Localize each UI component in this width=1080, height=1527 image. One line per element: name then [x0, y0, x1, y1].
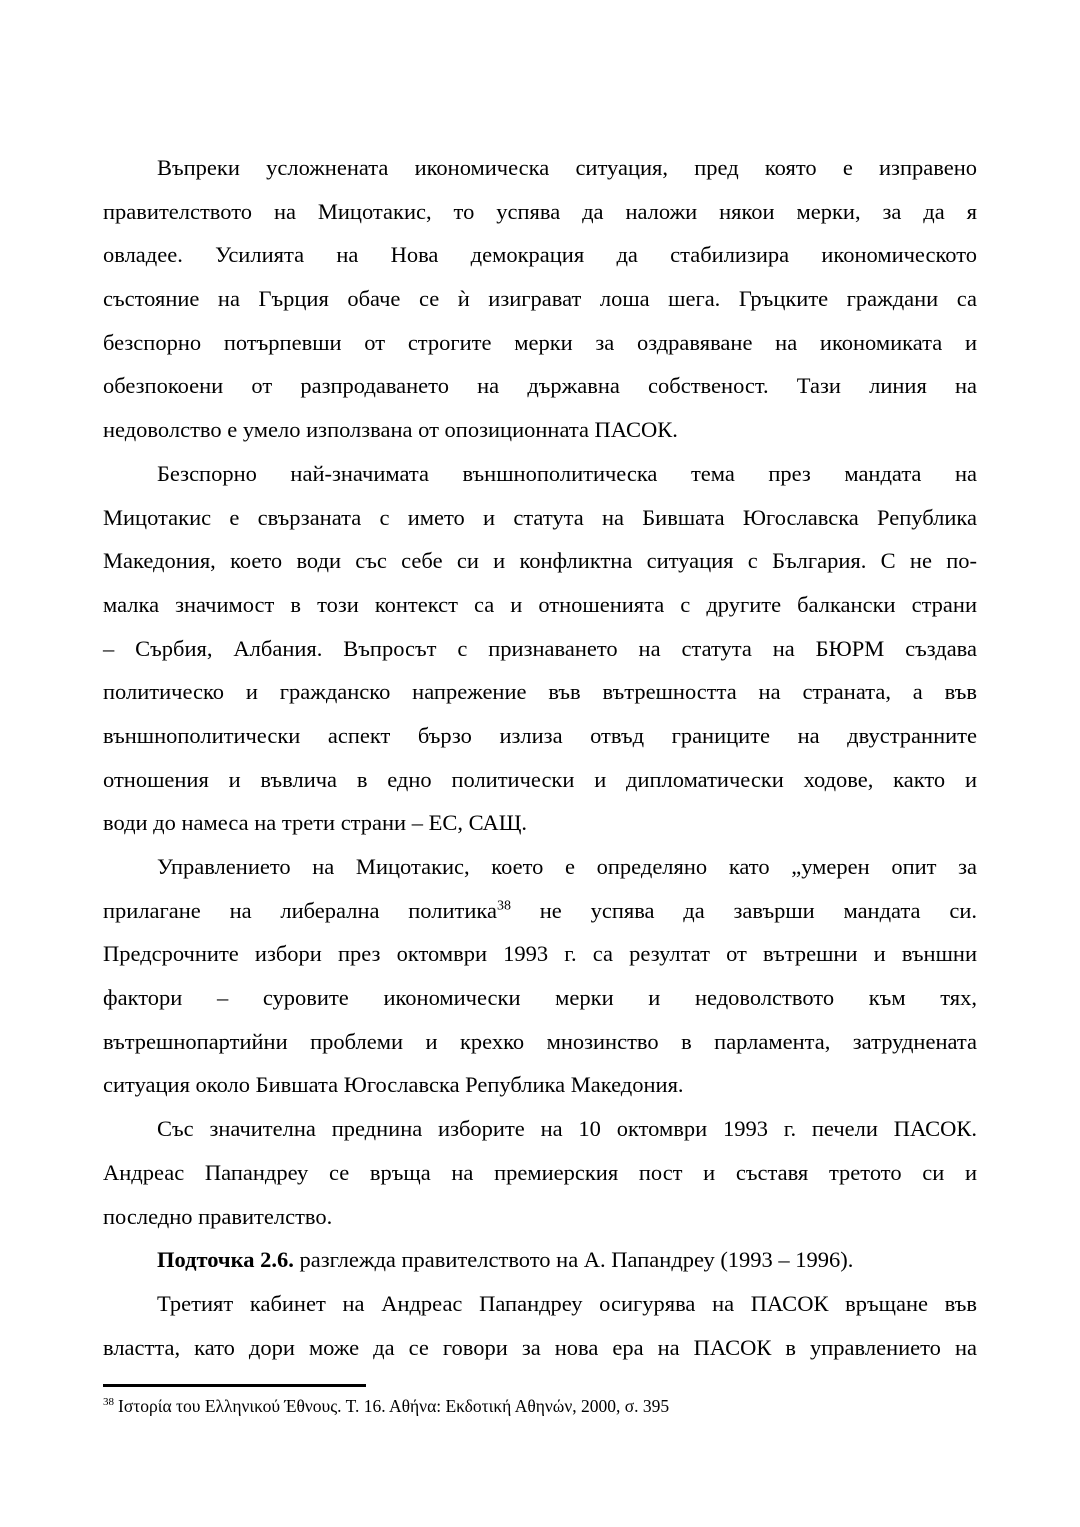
text-line: отношения и въвлича в едно политически и… — [103, 758, 977, 802]
footnote-marker: 38 — [103, 1396, 114, 1408]
text-line: ситуация около Бившата Югославска Републ… — [103, 1063, 977, 1107]
text-run: Мицотакис е свързаната с името и статута… — [103, 505, 977, 530]
text-run: малка значимост в този контекст са и отн… — [103, 592, 977, 617]
text-line: вътрешнопартийни проблеми и крехко мнози… — [103, 1020, 977, 1064]
text-line: Въпреки усложнената икономическа ситуаци… — [103, 146, 977, 190]
paragraph-5: Подточка 2.6. разглежда правителството н… — [103, 1238, 977, 1282]
text-run: външнополитически аспект бързо излиза от… — [103, 723, 977, 748]
text-line: външнополитически аспект бързо излиза от… — [103, 714, 977, 758]
text-line: състояние на Гърция обаче се ѝ изиграват… — [103, 277, 977, 321]
paragraph-1: Въпреки усложнената икономическа ситуаци… — [103, 146, 977, 452]
text-line: Безспорно най-значимата външнополитическ… — [103, 452, 977, 496]
bold-run: Подточка 2.6. — [157, 1247, 294, 1272]
text-run: Въпреки усложнената икономическа ситуаци… — [157, 155, 977, 180]
footnote-area: 38Ιστορία του Ελληνικού Έθνους. Τ. 16. Α… — [103, 1384, 977, 1418]
text-run: Третият кабинет на Андреас Папандреу оси… — [157, 1291, 977, 1316]
text-line: Македония, което води със себе си и конф… — [103, 539, 977, 583]
text-run: разглежда правителството на А. Папандреу… — [294, 1247, 854, 1272]
text-run: вътрешнопартийни проблеми и крехко мнози… — [103, 1029, 977, 1054]
text-run: ситуация около Бившата Югославска Републ… — [103, 1072, 684, 1097]
text-line: овладее. Усилията на Нова демокрация да … — [103, 233, 977, 277]
paragraph-2: Безспорно най-значимата външнополитическ… — [103, 452, 977, 845]
text-line: последно правителство. — [103, 1195, 977, 1239]
text-line: правителството на Мицотакис, то успява д… — [103, 190, 977, 234]
text-line: прилагане на либерална политика38 не усп… — [103, 889, 977, 933]
paragraph-3: Управлението на Мицотакис, което е опред… — [103, 845, 977, 1107]
text-run: – Сърбия, Албания. Въпросът с признаване… — [103, 636, 977, 661]
footnote-reference: 38 — [497, 898, 511, 913]
text-line: Андреас Папандреу се връща на премиерски… — [103, 1151, 977, 1195]
text-run: правителството на Мицотакис, то успява д… — [103, 199, 977, 224]
paragraph-4: Със значителна преднина изборите на 10 о… — [103, 1107, 977, 1238]
footnote-separator-rule — [103, 1384, 366, 1387]
text-run: отношения и въвлича в едно политически и… — [103, 767, 977, 792]
text-run: фактори – суровите икономически мерки и … — [103, 985, 977, 1010]
document-page: Въпреки усложнената икономическа ситуаци… — [0, 0, 1080, 1527]
text-run: Безспорно най-значимата външнополитическ… — [157, 461, 977, 486]
text-line: Със значителна преднина изборите на 10 о… — [103, 1107, 977, 1151]
text-run: последно правителство. — [103, 1204, 332, 1229]
text-run: Предсрочните избори през октомври 1993 г… — [103, 941, 977, 966]
text-run: безспорно потърпевши от строгите мерки з… — [103, 330, 977, 355]
page-body-text: Въпреки усложнената икономическа ситуаци… — [103, 146, 977, 1369]
text-line: Подточка 2.6. разглежда правителството н… — [103, 1238, 977, 1282]
text-line: фактори – суровите икономически мерки и … — [103, 976, 977, 1020]
text-line: недоволство е умело използвана от опозиц… — [103, 408, 977, 452]
text-line: Предсрочните избори през октомври 1993 г… — [103, 932, 977, 976]
text-run: Македония, което води със себе си и конф… — [103, 548, 977, 573]
text-run: Управлението на Мицотакис, което е опред… — [157, 854, 977, 879]
text-run: недоволство е умело използвана от опозиц… — [103, 417, 678, 442]
text-run: Андреас Папандреу се връща на премиерски… — [103, 1160, 977, 1185]
text-run: състояние на Гърция обаче се ѝ изиграват… — [103, 286, 977, 311]
text-line: Мицотакис е свързаната с името и статута… — [103, 496, 977, 540]
text-line: Третият кабинет на Андреас Папандреу оси… — [103, 1282, 977, 1326]
text-line: обезпокоени от разпродаването на държавн… — [103, 364, 977, 408]
text-run: води до намеса на трети страни – ЕС, САЩ… — [103, 810, 527, 835]
paragraph-6: Третият кабинет на Андреас Папандреу оси… — [103, 1282, 977, 1369]
text-line: безспорно потърпевши от строгите мерки з… — [103, 321, 977, 365]
text-run: политическо и гражданско напрежение във … — [103, 679, 977, 704]
text-run: властта, като дори може да се говори за … — [103, 1335, 977, 1360]
text-run: прилагане на либерална политика — [103, 898, 497, 923]
text-run: овладее. Усилията на Нова демокрация да … — [103, 242, 977, 267]
footnote-text: Ιστορία του Ελληνικού Έθνους. Τ. 16. Αθή… — [118, 1396, 669, 1416]
text-run: не успява да завърши мандата си. — [511, 898, 977, 923]
text-line: води до намеса на трети страни – ЕС, САЩ… — [103, 801, 977, 845]
text-run: обезпокоени от разпродаването на държавн… — [103, 373, 977, 398]
text-line: – Сърбия, Албания. Въпросът с признаване… — [103, 627, 977, 671]
text-line: Управлението на Мицотакис, което е опред… — [103, 845, 977, 889]
text-line: властта, като дори може да се говори за … — [103, 1326, 977, 1370]
text-line: малка значимост в този контекст са и отн… — [103, 583, 977, 627]
text-run: Със значителна преднина изборите на 10 о… — [157, 1116, 977, 1141]
footnote: 38Ιστορία του Ελληνικού Έθνους. Τ. 16. Α… — [103, 1394, 977, 1418]
text-line: политическо и гражданско напрежение във … — [103, 670, 977, 714]
